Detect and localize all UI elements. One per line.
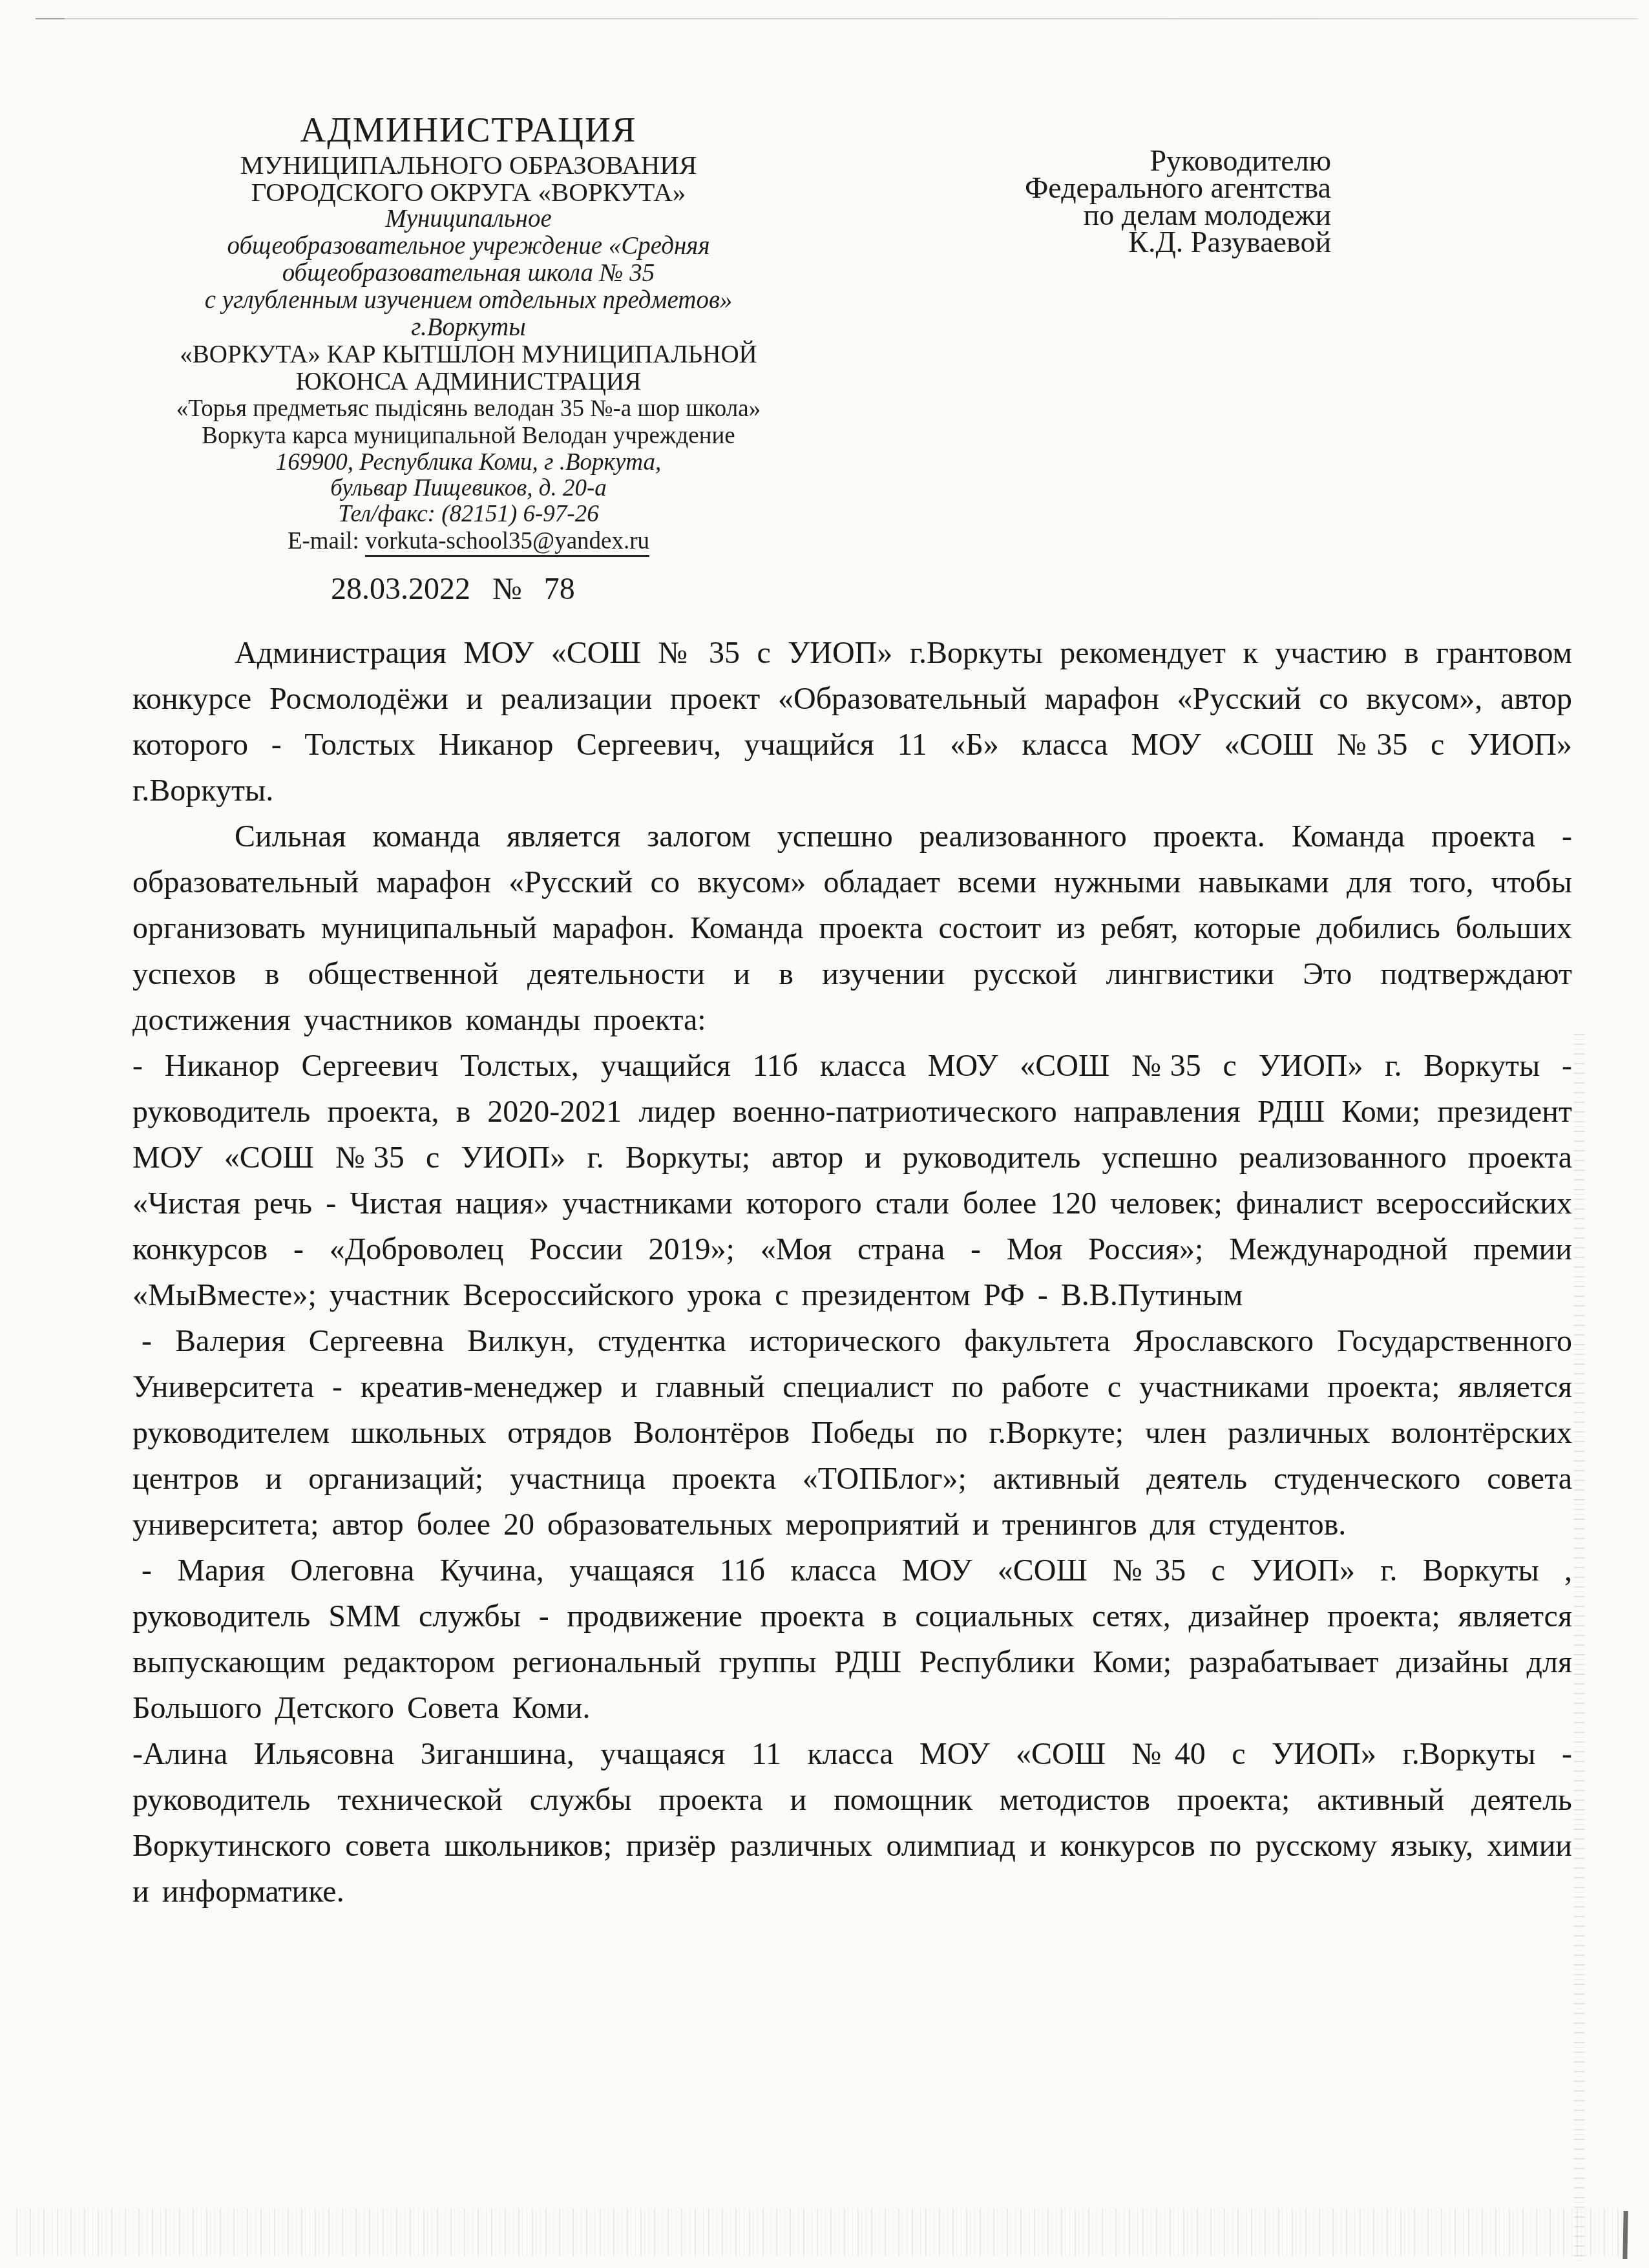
body-paragraph-team-member: - Валерия Сергеевна Вилкун, студентка ис… xyxy=(132,1318,1572,1548)
sender-letterhead: АДМИНИСТРАЦИЯ МУНИЦИПАЛЬНОГО ОБРАЗОВАНИЯ… xyxy=(97,109,840,556)
body-paragraph: Администрация МОУ «СОШ № 35 с УИОП» г.Во… xyxy=(132,630,1572,814)
org-komi-title-line: «ВОРКУТА» КАР КЫТШЛОН МУНИЦИПАЛЬНОЙ xyxy=(97,341,840,368)
org-city-line: г.Воркуты xyxy=(97,314,840,341)
email-address: vorkuta-school35@yandex.ru xyxy=(365,528,649,557)
body-paragraph-team-member: - Мария Олеговна Кучина, учащаяся 11б кл… xyxy=(132,1548,1572,1731)
scan-artifact-top-line xyxy=(36,18,1638,19)
org-phone-line: Тел/факс: (82151) 6-97-26 xyxy=(97,501,840,527)
org-komi-name-line: «Торья предметьяс пыдісянь велодан 35 №-… xyxy=(97,395,840,423)
org-subtitle-line: МУНИЦИПАЛЬНОГО ОБРАЗОВАНИЯ xyxy=(97,151,840,178)
org-name-line: общеобразовательная школа № 35 xyxy=(97,260,840,287)
org-name-line: Муниципальное xyxy=(97,205,840,233)
addressee-line: Федерального агентства xyxy=(950,174,1331,202)
date-number-line: 28.03.2022 № 78 xyxy=(331,571,575,607)
org-komi-name-line: Воркута карса муниципальной Велодан учре… xyxy=(97,423,840,450)
scan-artifact-bottom-noise xyxy=(16,2209,1628,2256)
email-label: E-mail: xyxy=(288,528,365,554)
addressee-line: Руководителю xyxy=(950,147,1331,174)
org-subtitle-line: ГОРОДСКОГО ОКРУГА «ВОРКУТА» xyxy=(97,178,840,205)
org-address-line: бульвар Пищевиков, д. 20-а xyxy=(97,476,840,501)
addressee-line: по делам молодежи xyxy=(950,202,1331,229)
org-email-line: E-mail: vorkuta-school35@yandex.ru xyxy=(97,527,840,556)
body-paragraph: Сильная команда является залогом успешно… xyxy=(132,814,1572,1043)
letter-body: Администрация МОУ «СОШ № 35 с УИОП» г.Во… xyxy=(132,630,1572,1915)
org-komi-title-line: ЮКОНСА АДМИНИСТРАЦИЯ xyxy=(97,368,840,395)
scanned-letter-page: АДМИНИСТРАЦИЯ МУНИЦИПАЛЬНОГО ОБРАЗОВАНИЯ… xyxy=(0,0,1649,2268)
org-name-line: общеобразовательное учреждение «Средняя xyxy=(97,233,840,260)
org-address-line: 169900, Республика Коми, г .Воркута, xyxy=(97,450,840,476)
org-name-line: с углубленным изучением отдельных предме… xyxy=(97,287,840,314)
scan-artifact-right-stripe xyxy=(1574,1034,1584,2262)
scan-artifact-corner-mark xyxy=(1623,2211,1628,2259)
org-title: АДМИНИСТРАЦИЯ xyxy=(97,109,840,151)
addressee-line: К.Д. Разуваевой xyxy=(950,229,1331,256)
body-paragraph-team-member: - Никанор Сергеевич Толстых, учащийся 11… xyxy=(132,1043,1572,1318)
body-paragraph-team-member: -Алина Ильясовна Зиганшина, учащаяся 11 … xyxy=(132,1731,1572,1915)
addressee-block: Руководителю Федерального агентства по д… xyxy=(950,147,1331,256)
